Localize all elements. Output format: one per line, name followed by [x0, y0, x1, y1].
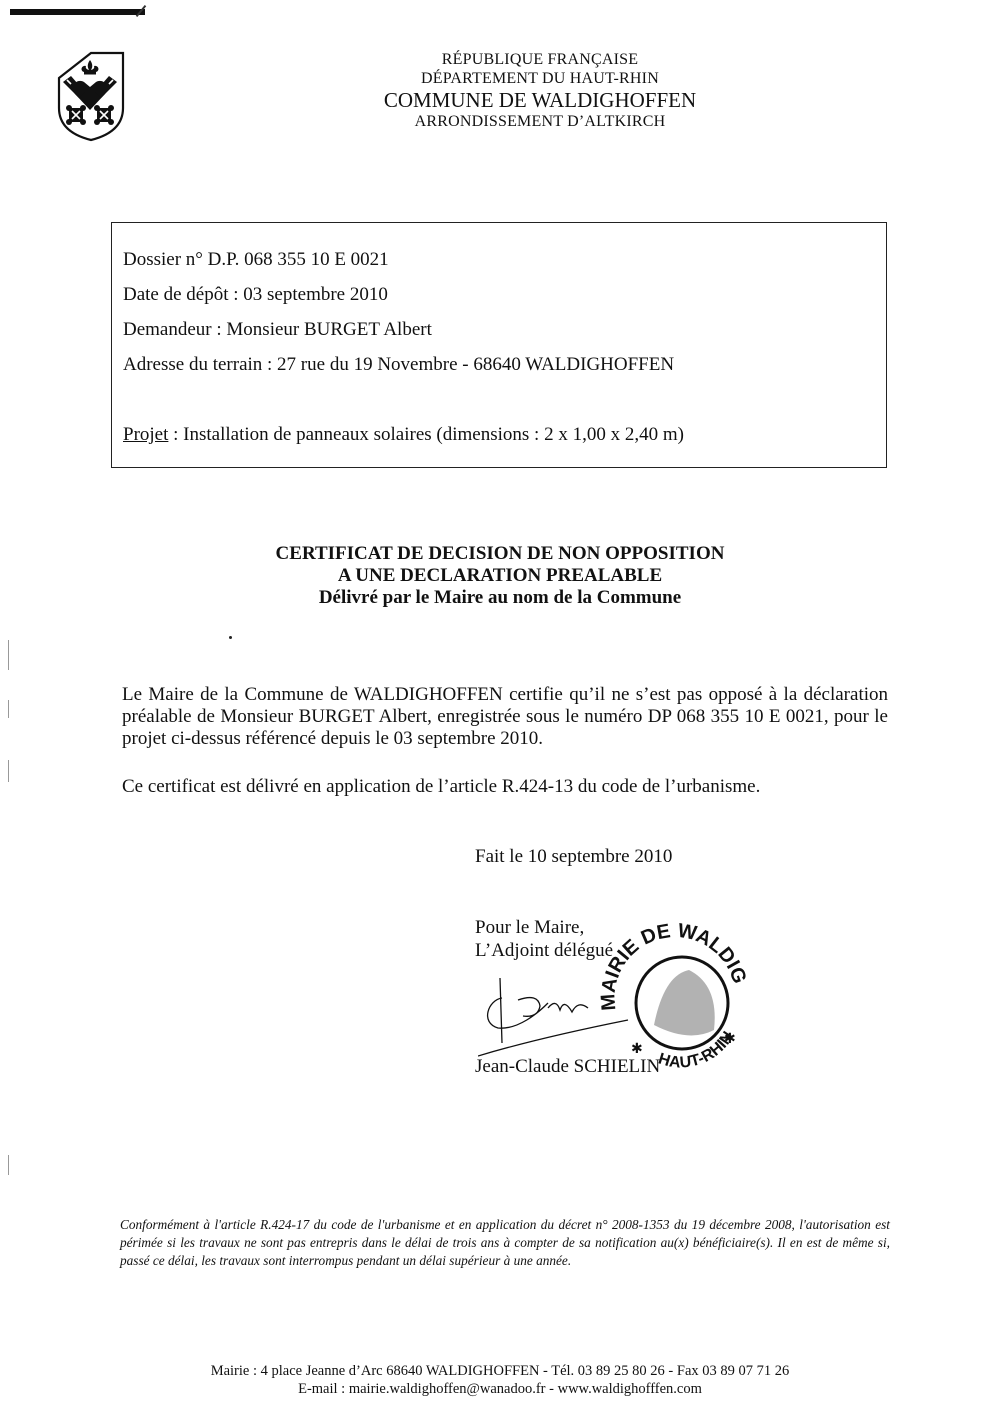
project-value: : Installation de panneaux solaires (dim… [168, 424, 684, 445]
footer-address: Mairie : 4 place Jeanne d’Arc 68640 WALD… [100, 1362, 900, 1380]
project-label: Projet [123, 424, 168, 445]
commune-line: COMMUNE DE WALDIGHOFFEN [340, 88, 740, 112]
for-mayor: Pour le Maire, [475, 916, 613, 939]
page-footer: Mairie : 4 place Jeanne d’Arc 68640 WALD… [100, 1362, 900, 1398]
title-line-1: CERTIFICAT DE DECISION DE NON OPPOSITION [200, 543, 800, 565]
deposit-date: Date de dépôt : 03 septembre 2010 [123, 284, 388, 306]
title-line-3: Délivré par le Maire au nom de la Commun… [200, 587, 800, 609]
scan-speck [8, 1155, 9, 1175]
handwritten-signature [478, 968, 638, 1058]
scan-speck [8, 700, 9, 718]
republic-line: RÉPUBLIQUE FRANÇAISE [340, 50, 740, 69]
signatory-block: Pour le Maire, L’Adjoint délégué [475, 916, 613, 962]
scan-artifact-bar [10, 9, 145, 15]
certification-paragraph: Le Maire de la Commune de WALDIGHOFFEN c… [122, 684, 888, 750]
validity-footnote: Conformément à l'article R.424-17 du cod… [120, 1216, 890, 1270]
footer-contact: E-mail : mairie.waldighoffen@wanadoo.fr … [100, 1380, 900, 1398]
scan-speck [8, 640, 9, 670]
coat-of-arms-icon [55, 50, 125, 142]
department-line: DÉPARTEMENT DU HAUT-RHIN [340, 69, 740, 88]
applicant: Demandeur : Monsieur BURGET Albert [123, 319, 432, 341]
certificate-title: CERTIFICAT DE DECISION DE NON OPPOSITION… [200, 543, 800, 609]
legal-basis-paragraph: Ce certificat est délivré en application… [122, 776, 888, 798]
letterhead: RÉPUBLIQUE FRANÇAISE DÉPARTEMENT DU HAUT… [340, 50, 740, 131]
svg-text:✱: ✱ [724, 1032, 736, 1047]
dossier-number: Dossier n° D.P. 068 355 10 E 0021 [123, 249, 389, 271]
signer-name: Jean-Claude SCHIELIN [475, 1056, 660, 1078]
signatory-role: L’Adjoint délégué [475, 939, 613, 962]
land-address: Adresse du terrain : 27 rue du 19 Novemb… [123, 354, 674, 376]
arrondissement-line: ARRONDISSEMENT D’ALTKIRCH [340, 112, 740, 131]
project-description: Projet : Installation de panneaux solair… [123, 424, 684, 446]
title-line-2: A UNE DECLARATION PREALABLE [200, 565, 800, 587]
issue-date: Fait le 10 septembre 2010 [475, 846, 672, 868]
scan-speck [8, 760, 9, 782]
dossier-info-box: Dossier n° D.P. 068 355 10 E 0021 Date d… [111, 222, 887, 468]
scan-dot [229, 636, 232, 639]
